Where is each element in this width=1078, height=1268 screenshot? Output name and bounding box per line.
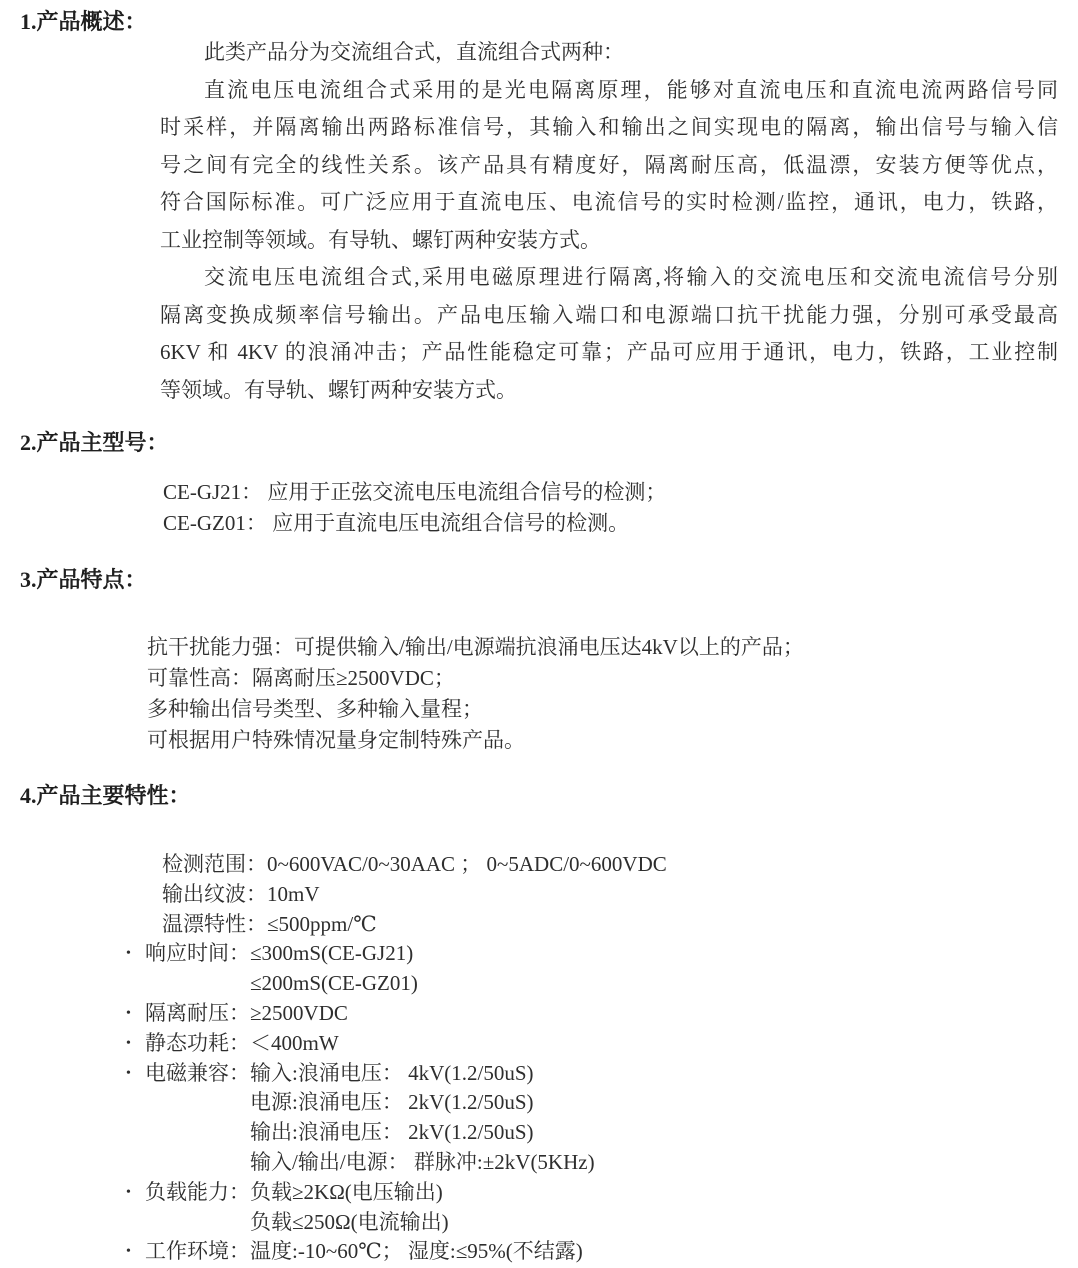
feature-item: 抗干扰能力强：可提供输入/输出/电源端抗浪涌电压达4kV以上的产品；	[147, 632, 1060, 663]
bullet-icon: •	[126, 1059, 145, 1089]
spec-values: ＜400mW	[250, 1029, 339, 1059]
spec-value-line: 输出:浪涌电压： 2kV(1.2/50uS)	[250, 1118, 595, 1148]
paragraph-line: 符合国际标准。可广泛应用于直流电压、电流信号的实时检测/监控，通讯，电力，铁路，	[160, 184, 1058, 222]
bullet-icon: •	[126, 1029, 145, 1059]
spec-value-line: 负载≤250Ω(电流输出)	[250, 1208, 449, 1238]
spec-label: 工作环境：	[145, 1237, 250, 1267]
spec-row: 输出纹波：10mV	[126, 880, 1060, 910]
spec-values: 10mV	[267, 880, 320, 910]
paragraph-line: 时采样，并隔离输出两路标准信号，其输入和输出之间实现电的隔离，输出信号与输入信	[160, 109, 1058, 147]
spec-value-line: 负载≥2KΩ(电压输出)	[250, 1178, 449, 1208]
paragraph: 交流电压电流组合式,采用电磁原理进行隔离,将输入的交流电压和交流电流信号分别隔离…	[160, 259, 1058, 409]
model-list: CE-GJ21： 应用于正弦交流电压电流组合信号的检测；CE-GZ01： 应用于…	[163, 477, 1060, 538]
spec-value-line: ≤200mS(CE-GZ01)	[250, 969, 418, 999]
spec-values: 负载≥2KΩ(电压输出)负载≤250Ω(电流输出)	[250, 1178, 449, 1238]
bullet-icon: •	[126, 1178, 145, 1208]
spec-row: •负载能力：负载≥2KΩ(电压输出)负载≤250Ω(电流输出)	[126, 1178, 1060, 1238]
spec-row: •隔离耐压：≥2500VDC	[126, 999, 1060, 1029]
model-item: CE-GJ21： 应用于正弦交流电压电流组合信号的检测；	[163, 477, 1060, 508]
spec-value-line: ≤500ppm/℃	[267, 910, 377, 940]
spec-value-line: 输入/输出/电源： 群脉冲:±2kV(5KHz)	[250, 1148, 595, 1178]
spec-label: 检测范围：	[162, 850, 267, 880]
paragraph: 此类产品分为交流组合式，直流组合式两种：	[160, 34, 1058, 72]
paragraph-line: 等领域。有导轨、螺钉两种安装方式。	[160, 372, 1058, 410]
document-page: 1.产品概述： 此类产品分为交流组合式，直流组合式两种：直流电压电流组合式采用的…	[0, 0, 1078, 1268]
overview-paragraphs: 此类产品分为交流组合式，直流组合式两种：直流电压电流组合式采用的是光电隔离原理，…	[160, 34, 1058, 409]
spec-values: 0~600VAC/0~30AAC ； 0~5ADC/0~600VDC	[267, 850, 667, 880]
spec-value-line: 温度:-10~60℃； 湿度:≤95%(不结露)	[250, 1237, 583, 1267]
paragraph-line: 6KV 和 4KV 的浪涌冲击；产品性能稳定可靠；产品可应用于通讯，电力，铁路，…	[160, 334, 1058, 372]
paragraph-line: 交流电压电流组合式,采用电磁原理进行隔离,将输入的交流电压和交流电流信号分别	[160, 259, 1058, 297]
section-1-heading: 1.产品概述：	[20, 10, 1060, 34]
paragraph-line: 直流电压电流组合式采用的是光电隔离原理，能够对直流电压和直流电流两路信号同	[160, 72, 1058, 110]
spec-values: 温度:-10~60℃； 湿度:≤95%(不结露)	[250, 1237, 583, 1267]
bullet-icon: •	[126, 999, 145, 1029]
spec-row: •电磁兼容：输入:浪涌电压： 4kV(1.2/50uS)电源:浪涌电压： 2kV…	[126, 1059, 1060, 1178]
spec-value-line: ≤300mS(CE-GJ21)	[250, 939, 418, 969]
spec-label: 输出纹波：	[162, 880, 267, 910]
spec-row: •响应时间：≤300mS(CE-GJ21)≤200mS(CE-GZ01)	[126, 939, 1060, 999]
feature-item: 多种输出信号类型、多种输入量程；	[147, 694, 1060, 725]
spec-row: •静态功耗：＜400mW	[126, 1029, 1060, 1059]
spec-list: 检测范围：0~600VAC/0~30AAC ； 0~5ADC/0~600VDC输…	[126, 850, 1060, 1267]
section-4-heading: 4.产品主要特性：	[20, 784, 1060, 808]
feature-item: 可靠性高：隔离耐压≥2500VDC；	[147, 663, 1060, 694]
feature-item: 可根据用户特殊情况量身定制特殊产品。	[147, 725, 1060, 756]
bullet-icon: •	[126, 1237, 145, 1267]
spec-label: 温漂特性：	[162, 910, 267, 940]
bullet-icon: •	[126, 939, 145, 969]
spec-value-line: ＜400mW	[250, 1029, 339, 1059]
spec-values: ≤300mS(CE-GJ21)≤200mS(CE-GZ01)	[250, 939, 418, 999]
spec-values: 输入:浪涌电压： 4kV(1.2/50uS)电源:浪涌电压： 2kV(1.2/5…	[250, 1059, 595, 1178]
spec-label: 隔离耐压：	[145, 999, 250, 1029]
spec-values: ≤500ppm/℃	[267, 910, 377, 940]
spec-label: 负载能力：	[145, 1178, 250, 1208]
paragraph-line: 号之间有完全的线性关系。该产品具有精度好，隔离耐压高，低温漂，安装方便等优点，	[160, 147, 1058, 185]
section-3-heading: 3.产品特点：	[20, 568, 1060, 592]
model-item: CE-GZ01： 应用于直流电压电流组合信号的检测。	[163, 508, 1060, 539]
spec-row: 温漂特性：≤500ppm/℃	[126, 910, 1060, 940]
spec-value-line: 输入:浪涌电压： 4kV(1.2/50uS)	[250, 1059, 595, 1089]
spec-value-line: 电源:浪涌电压： 2kV(1.2/50uS)	[250, 1088, 595, 1118]
spec-row: •工作环境：温度:-10~60℃； 湿度:≤95%(不结露)	[126, 1237, 1060, 1267]
paragraph-line: 隔离变换成频率信号输出。产品电压输入端口和电源端口抗干扰能力强，分别可承受最高	[160, 297, 1058, 335]
spec-value-line: 10mV	[267, 880, 320, 910]
spec-label: 电磁兼容：	[145, 1059, 250, 1089]
section-2-heading: 2.产品主型号：	[20, 431, 1060, 455]
paragraph: 直流电压电流组合式采用的是光电隔离原理，能够对直流电压和直流电流两路信号同时采样…	[160, 72, 1058, 260]
spec-label: 静态功耗：	[145, 1029, 250, 1059]
spec-values: ≥2500VDC	[250, 999, 348, 1029]
spec-label: 响应时间：	[145, 939, 250, 969]
spec-value-line: ≥2500VDC	[250, 999, 348, 1029]
paragraph-line: 工业控制等领域。有导轨、螺钉两种安装方式。	[160, 222, 1058, 260]
spec-row: 检测范围：0~600VAC/0~30AAC ； 0~5ADC/0~600VDC	[126, 850, 1060, 880]
paragraph-line: 此类产品分为交流组合式，直流组合式两种：	[160, 34, 1058, 72]
spec-value-line: 0~600VAC/0~30AAC ； 0~5ADC/0~600VDC	[267, 850, 667, 880]
feature-list: 抗干扰能力强：可提供输入/输出/电源端抗浪涌电压达4kV以上的产品；可靠性高：隔…	[147, 632, 1060, 756]
